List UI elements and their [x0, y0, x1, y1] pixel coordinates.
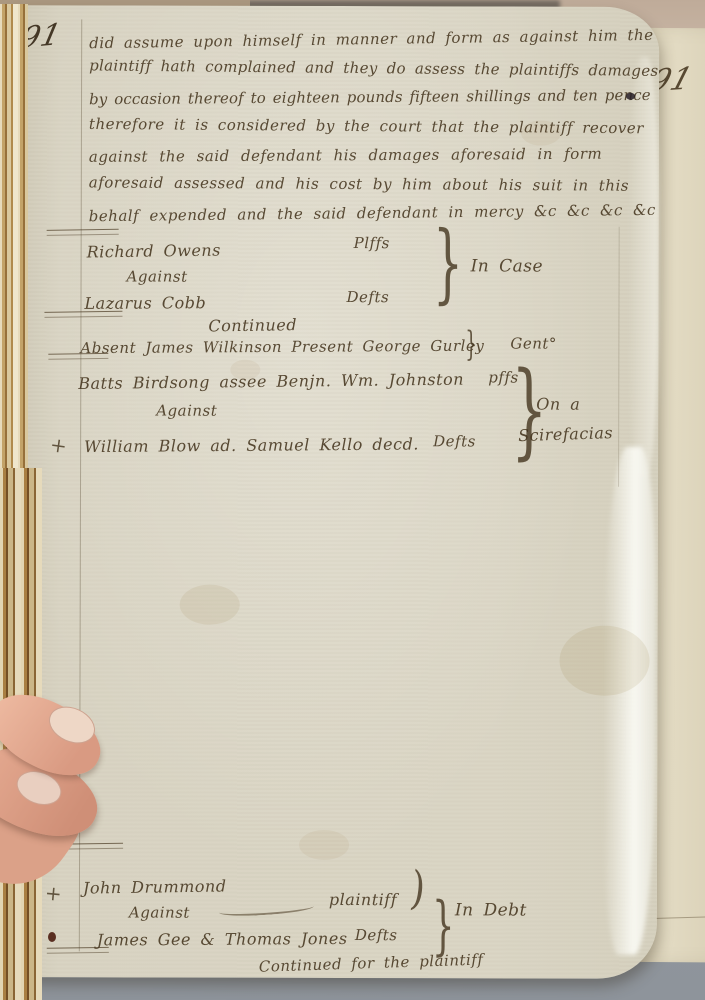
- case3-brace: }: [432, 898, 455, 954]
- margin-separator: [44, 311, 122, 318]
- case3-against: Against: [129, 903, 190, 921]
- case1-against: Against: [127, 267, 188, 285]
- margin-separator: [47, 229, 119, 236]
- case2-action-line1: On a: [536, 395, 580, 414]
- court-attendance-note: Absent James Wilkinson Present George Gu…: [80, 337, 484, 357]
- judgment-line-6: aforesaid assessed and his cost by him a…: [89, 173, 649, 194]
- case3-plaintiff-name: John Drummond: [83, 876, 227, 897]
- case2-defendant-label: Defts: [433, 432, 476, 450]
- page-edge-curl: [603, 447, 656, 955]
- hand-holding-page: [0, 696, 128, 871]
- case1-brace: }: [433, 226, 463, 302]
- paper-stain: [559, 626, 649, 696]
- case3-defendant-name: James Gee & Thomas Jones: [97, 929, 348, 950]
- case3-action-type: In Debt: [455, 900, 527, 920]
- spine-stain-dot: [48, 932, 56, 942]
- case2-margin-mark: +: [49, 432, 69, 458]
- case1-defendant-name: Lazarus Cobb: [84, 293, 206, 313]
- judgment-line-5: against the said defendant his damages a…: [89, 144, 649, 165]
- note-brace: }: [465, 330, 477, 360]
- case1-status: Continued: [208, 315, 297, 335]
- case3-defendant-label: Defts: [355, 926, 398, 944]
- case1-action-type: In Case: [471, 256, 544, 276]
- case1-plaintiff-name: Richard Owens: [86, 241, 221, 262]
- case2-defendant-name: William Blow ad. Samuel Kello decd.: [84, 434, 419, 456]
- case2-against: Against: [156, 402, 217, 420]
- case3-margin-mark: +: [44, 881, 63, 906]
- case1-plaintiff-label: Plffs: [354, 234, 390, 252]
- photo-court-record-book: 91 91 did assume upon himself in manner …: [0, 0, 705, 1000]
- page-edges-spine-top: [0, 4, 28, 474]
- paper-stain: [299, 830, 349, 860]
- margin-separator: [47, 947, 109, 954]
- margin-separator: [48, 353, 108, 360]
- case3-plaintiff-label: plaintiff: [329, 890, 397, 909]
- paper-stain: [180, 585, 240, 625]
- case1-defendant-label: Defts: [346, 288, 389, 306]
- case2-action-line2: Scirefacias: [518, 423, 614, 445]
- ink-blot: [626, 93, 635, 100]
